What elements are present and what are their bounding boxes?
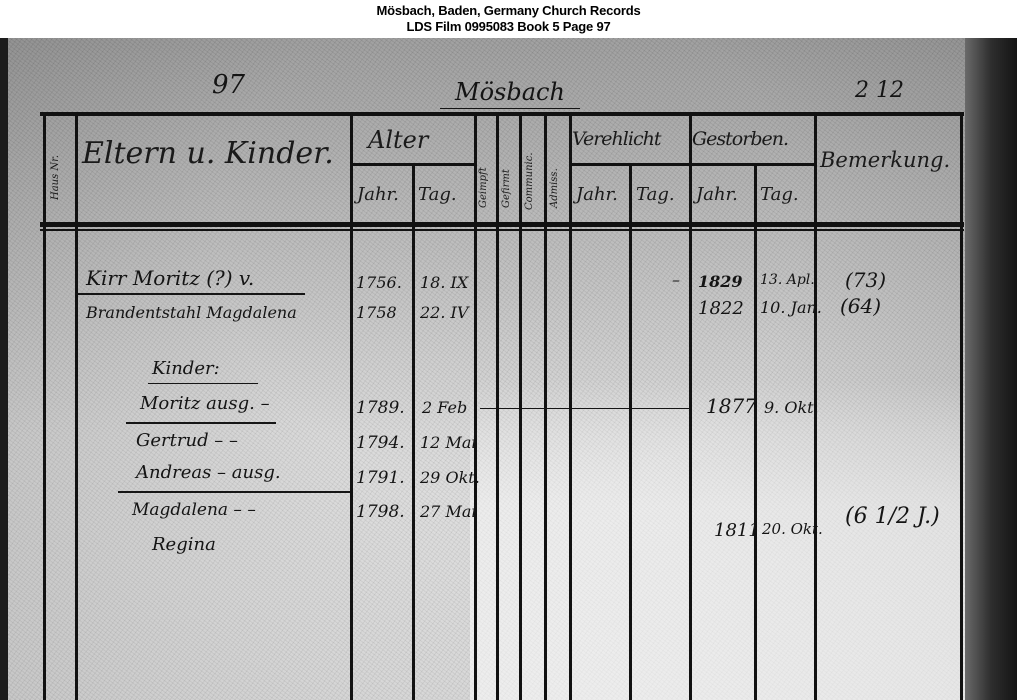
crossing-line (480, 408, 690, 409)
entry-remark: (64) (840, 294, 881, 318)
register-page-scan: 97 Mösbach 2 12 Haus Nr. Eltern u. Kinde… (0, 38, 1017, 700)
header-remarks: Bemerkung. (820, 148, 950, 172)
entry-died-year: 1822 (698, 298, 744, 319)
header-vaccinated: Geimpft (478, 167, 489, 208)
entry-name: Gertrud – – (136, 430, 238, 451)
table-top-border (40, 112, 964, 116)
header-age: Alter (368, 126, 428, 154)
header-admitted: Admiss. (549, 168, 560, 208)
header-married-year: Jahr. (576, 184, 618, 205)
page-left-edge (0, 38, 8, 700)
header-parents-children: Eltern u. Kinder. (82, 136, 334, 171)
header-age-day: Tag. (418, 184, 457, 205)
entry-died-year: 1811 (714, 520, 760, 541)
header-married-day: Tag. (636, 184, 675, 205)
entry-name: Kirr Moritz (?) v. (86, 266, 254, 290)
page-number: 97 (212, 70, 245, 100)
entry-birth-day: 2 Feb (422, 398, 467, 417)
entry-birth-year: 1798. (356, 502, 405, 522)
entry-married-year: – (672, 270, 680, 289)
header-died: Gestorben. (692, 128, 788, 150)
entry-birth-year: 1789. (356, 398, 405, 418)
place-heading: Mösbach (455, 78, 565, 106)
entry-birth-day: 27 Mai (420, 502, 476, 521)
entry-died-day: 9. Okt. (764, 398, 819, 417)
page-gutter-shadow (965, 38, 1017, 700)
header-died-day: Tag. (760, 184, 799, 205)
header-communion: Communic. (524, 153, 535, 211)
entry-birth-year: 1794. (356, 433, 405, 453)
entry-name: Brandentstahl Magdalena (86, 303, 297, 322)
record-caption: Mösbach, Baden, Germany Church Records L… (0, 0, 1017, 38)
entry-name: Andreas – ausg. (136, 462, 281, 483)
entry-birth-day: 29 Okt. (420, 468, 480, 487)
corner-mark: 2 12 (855, 78, 904, 103)
entry-birth-day: 12 Mai (420, 433, 476, 452)
entry-remark: (6 1/2 J.) (845, 504, 940, 529)
caption-film-reference: LDS Film 0995083 Book 5 Page 97 (0, 19, 1017, 34)
entry-died-day: 10. Jan. (760, 298, 822, 317)
entry-birth-year: 1791. (356, 468, 405, 488)
entry-name: Moritz ausg. – (140, 393, 270, 414)
entry-name: Magdalena – – (132, 500, 256, 520)
entry-died-day: 13. Apl. (760, 272, 815, 288)
entry-birth-year: 1758 (356, 303, 397, 322)
entry-birth-day: 18. IX (420, 273, 468, 292)
entry-died-day: 20. Okt. (762, 520, 823, 538)
header-married: Verehlicht (572, 128, 660, 150)
header-bottom-border (40, 222, 964, 227)
header-died-year: Jahr. (696, 184, 738, 205)
children-heading: Kinder: (152, 358, 220, 379)
header-age-year: Jahr. (357, 184, 399, 205)
header-house-number: Haus Nr. (50, 155, 61, 200)
entry-died-year: 1877 (706, 394, 757, 418)
entry-birth-year: 1756. (356, 273, 402, 292)
entry-name: Regina (152, 534, 216, 555)
entry-died-year: 1829 (698, 272, 743, 291)
entry-remark: (73) (845, 268, 886, 292)
entry-birth-day: 22. IV (420, 303, 468, 322)
caption-title: Mösbach, Baden, Germany Church Records (0, 3, 1017, 18)
header-confirmed: Gefirmt (501, 169, 512, 208)
